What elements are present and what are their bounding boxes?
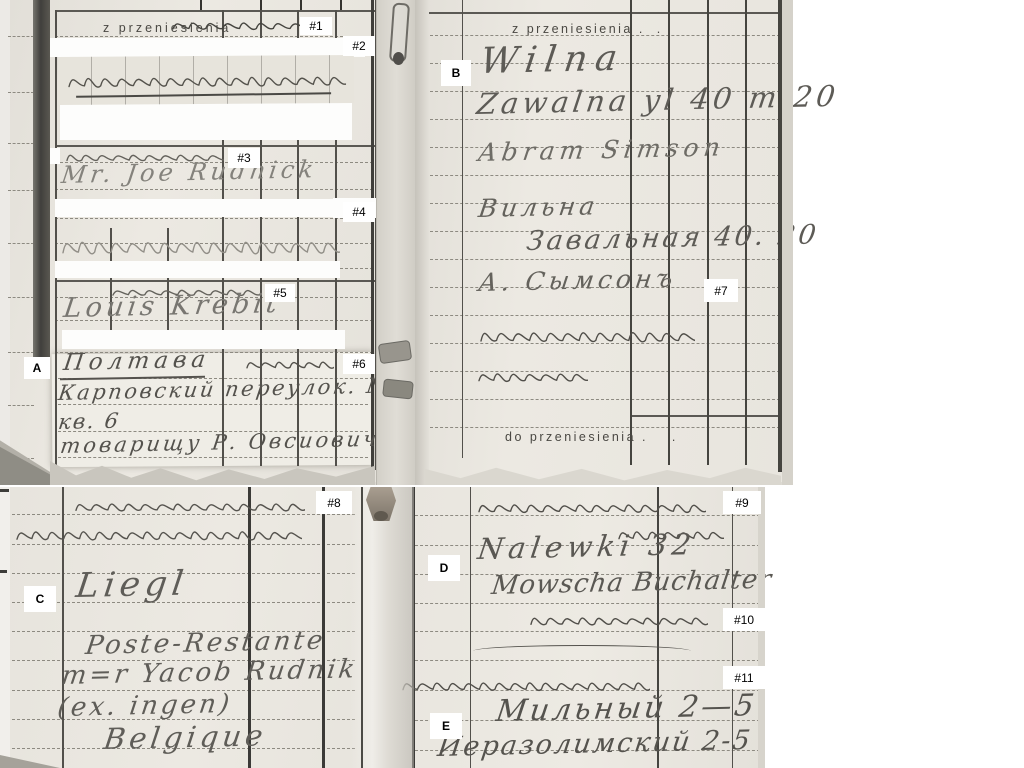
pasted-script-strip bbox=[58, 55, 354, 105]
edge-tick bbox=[0, 489, 9, 492]
annotation-4: #4 bbox=[343, 202, 375, 222]
dotted-ruled-line bbox=[430, 427, 780, 428]
dotted-ruled-line bbox=[8, 190, 34, 191]
dotted-ruled-line bbox=[8, 405, 34, 406]
yiddish-script-line bbox=[172, 13, 307, 35]
dotted-ruled-line bbox=[415, 660, 765, 661]
entry-name: Liegl bbox=[74, 566, 190, 603]
header-z-przeniesienia: z przeniesienia . . bbox=[512, 22, 663, 36]
entry-city: Wilna bbox=[478, 41, 627, 80]
binding-strip bbox=[33, 0, 50, 368]
entry-line: m=r Yacob Rudnik bbox=[60, 656, 359, 689]
dotted-ruled-line bbox=[8, 143, 34, 144]
column-line bbox=[55, 10, 57, 466]
dotted-ruled-line bbox=[8, 92, 34, 93]
entry-name: Mr. Joe Rudnick bbox=[60, 157, 319, 187]
entry-address-cyrillic: Мильный 2—5 bbox=[494, 691, 759, 727]
annotation-D: D bbox=[428, 555, 460, 581]
entry-name: Abram Simson bbox=[477, 134, 727, 165]
column-line bbox=[300, 0, 302, 10]
yiddish-script-line bbox=[478, 362, 588, 388]
page-margin-strip bbox=[0, 487, 10, 768]
annotation-8: #8 bbox=[316, 491, 352, 514]
entry-line: Belgique bbox=[102, 721, 268, 754]
scanned-notebook-collage: z przeniesienia Mr. Joe Rudnick Louis Kr… bbox=[0, 0, 1024, 768]
annotation-A: A bbox=[24, 357, 50, 379]
note-city: Полтава bbox=[62, 349, 212, 375]
paper-fastener-head bbox=[374, 511, 388, 521]
yiddish-script-line bbox=[478, 493, 706, 519]
blank-patch bbox=[55, 199, 335, 217]
entry-address: Nalewki 32 bbox=[476, 530, 698, 564]
annotation-1: #1 bbox=[300, 17, 332, 35]
edge-tick bbox=[0, 570, 7, 573]
seam-edge-line bbox=[361, 487, 363, 768]
top-right-page: z przeniesienia . . Wilna Zawalna yl 40 … bbox=[415, 0, 793, 485]
gutter-shadow bbox=[415, 0, 429, 485]
annotation-C: C bbox=[24, 586, 56, 612]
dotted-ruled-line bbox=[430, 399, 780, 400]
dotted-ruled-line bbox=[55, 189, 373, 190]
entry-name: Louis Krebit bbox=[62, 290, 283, 322]
dotted-ruled-line bbox=[415, 631, 765, 632]
annotation-9: #9 bbox=[723, 491, 761, 514]
entry-name-cyrillic: А. Сымсонъ bbox=[477, 266, 678, 295]
bottom-scan: Liegl Poste-Restante m=r Yacob Rudnik (e… bbox=[0, 487, 765, 768]
blank-patch bbox=[60, 103, 352, 140]
entry-address-cyrillic: Иеразолимский 2-5 bbox=[436, 727, 754, 761]
annotation-5: #5 bbox=[265, 284, 295, 302]
dotted-ruled-line bbox=[8, 36, 34, 37]
dotted-ruled-line bbox=[415, 603, 765, 604]
blank-patch bbox=[48, 38, 365, 57]
yiddish-script-line bbox=[68, 63, 346, 95]
yiddish-script-line bbox=[480, 318, 695, 350]
yiddish-script-line bbox=[16, 519, 302, 547]
paper-pin-head bbox=[393, 52, 404, 65]
entry-city-cyrillic: Вильна bbox=[477, 193, 600, 221]
dotted-ruled-line bbox=[8, 352, 34, 353]
annotation-2: #2 bbox=[343, 36, 375, 56]
paper-fastener bbox=[382, 378, 414, 399]
dotted-ruled-line bbox=[58, 457, 368, 458]
column-line bbox=[470, 487, 471, 768]
torn-right-edge bbox=[376, 0, 416, 485]
note-apartment: кв. 6 bbox=[57, 411, 122, 433]
dotted-ruled-line bbox=[58, 404, 368, 405]
underline-stroke bbox=[473, 645, 691, 651]
torn-right-edge bbox=[782, 0, 793, 485]
dotted-ruled-line bbox=[430, 175, 780, 176]
top-left-page: z przeniesienia Mr. Joe Rudnick Louis Kr… bbox=[0, 0, 415, 485]
bottom-right-page: Nalewki 32 Mowscha Buchalter Мильный 2—5… bbox=[412, 487, 765, 768]
column-line bbox=[340, 0, 342, 10]
dotted-ruled-line bbox=[55, 36, 373, 37]
yiddish-script-line bbox=[62, 224, 340, 264]
footer-do-przeniesienia: do przeniesienia . . bbox=[505, 430, 678, 444]
entry-line: Poste-Restante bbox=[84, 628, 327, 659]
top-scan: z przeniesienia Mr. Joe Rudnick Louis Kr… bbox=[0, 0, 793, 485]
annotation-10: #10 bbox=[723, 608, 765, 631]
annotation-3: #3 bbox=[228, 148, 260, 168]
column-line bbox=[200, 0, 202, 10]
dotted-ruled-line bbox=[55, 218, 373, 219]
yiddish-script-line bbox=[246, 352, 334, 374]
page-seam bbox=[350, 487, 414, 768]
annotation-11: #11 bbox=[723, 666, 765, 689]
dotted-ruled-line bbox=[430, 315, 780, 316]
dotted-ruled-line bbox=[8, 297, 34, 298]
annotation-6: #6 bbox=[343, 354, 375, 374]
entry-street-cyrillic: Завальная 40. 20 bbox=[525, 221, 820, 255]
dotted-ruled-line bbox=[430, 259, 780, 260]
ruled-line bbox=[630, 415, 780, 417]
annotation-7: #7 bbox=[704, 279, 738, 302]
yiddish-script-line bbox=[75, 493, 305, 517]
yiddish-script-line bbox=[530, 607, 708, 631]
entry-name: Mowscha Buchalter bbox=[490, 567, 774, 599]
dotted-ruled-line bbox=[8, 243, 34, 244]
ruled-line bbox=[428, 12, 783, 14]
annotation-E: E bbox=[430, 713, 462, 739]
annotation-B: B bbox=[441, 60, 471, 86]
ruled-line bbox=[55, 10, 375, 12]
entry-line: (ex. ingen) bbox=[56, 691, 234, 721]
column-line bbox=[371, 0, 374, 470]
column-line bbox=[260, 0, 262, 10]
